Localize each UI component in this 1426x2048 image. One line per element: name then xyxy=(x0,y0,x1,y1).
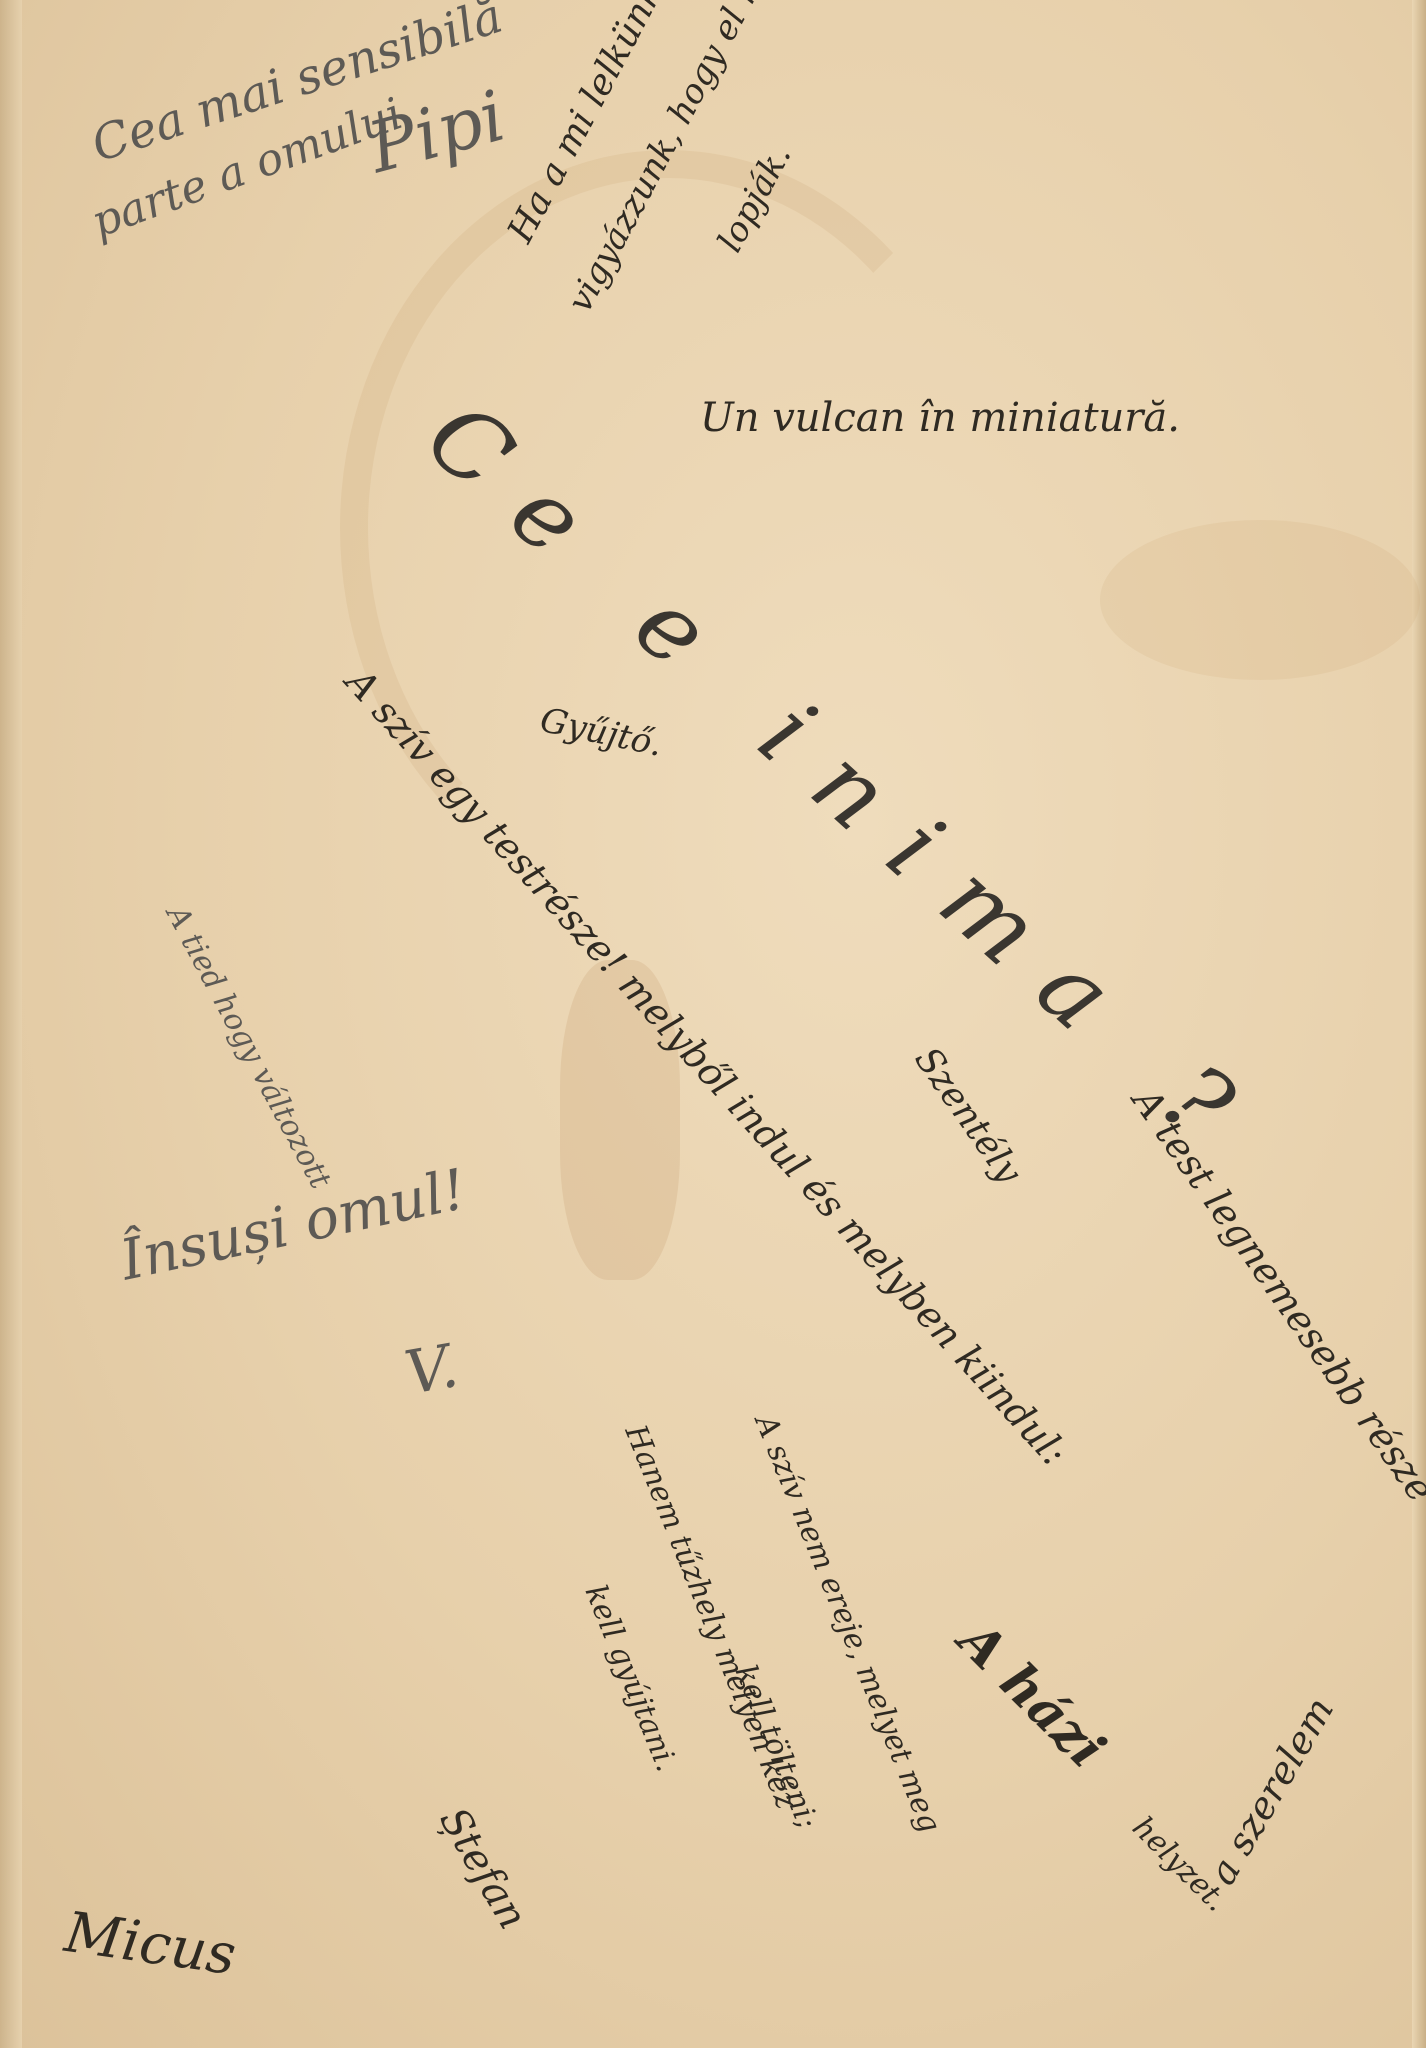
answer-vulcan: Un vulcan în miniatură. xyxy=(700,395,1180,441)
signature-stefan: Ștefan xyxy=(430,1800,536,1937)
answer-szerelem: a szerelem xyxy=(1200,1690,1342,1892)
page-left-edge xyxy=(0,0,22,2048)
handwritten-page: Cea mai sensibilă parte a omului Pipi Ha… xyxy=(0,0,1426,2048)
answer-a-hazi: A házi xyxy=(947,1610,1117,1780)
answer-test: A test legnemesebb része xyxy=(1124,1080,1426,1510)
page-right-edge xyxy=(1412,0,1426,2048)
answer-sziv-nem-4: kell gyújtani. xyxy=(578,1580,685,1777)
answer-szentely: Szentély xyxy=(906,1040,1029,1191)
answer-insusi-omul: Însuși omul! xyxy=(115,1157,472,1294)
water-stain-right xyxy=(1100,520,1420,680)
signature-micus: Micus xyxy=(61,1900,240,1988)
mark-v: V. xyxy=(400,1331,463,1409)
answer-tied: A tied hogy változott xyxy=(159,900,338,1195)
